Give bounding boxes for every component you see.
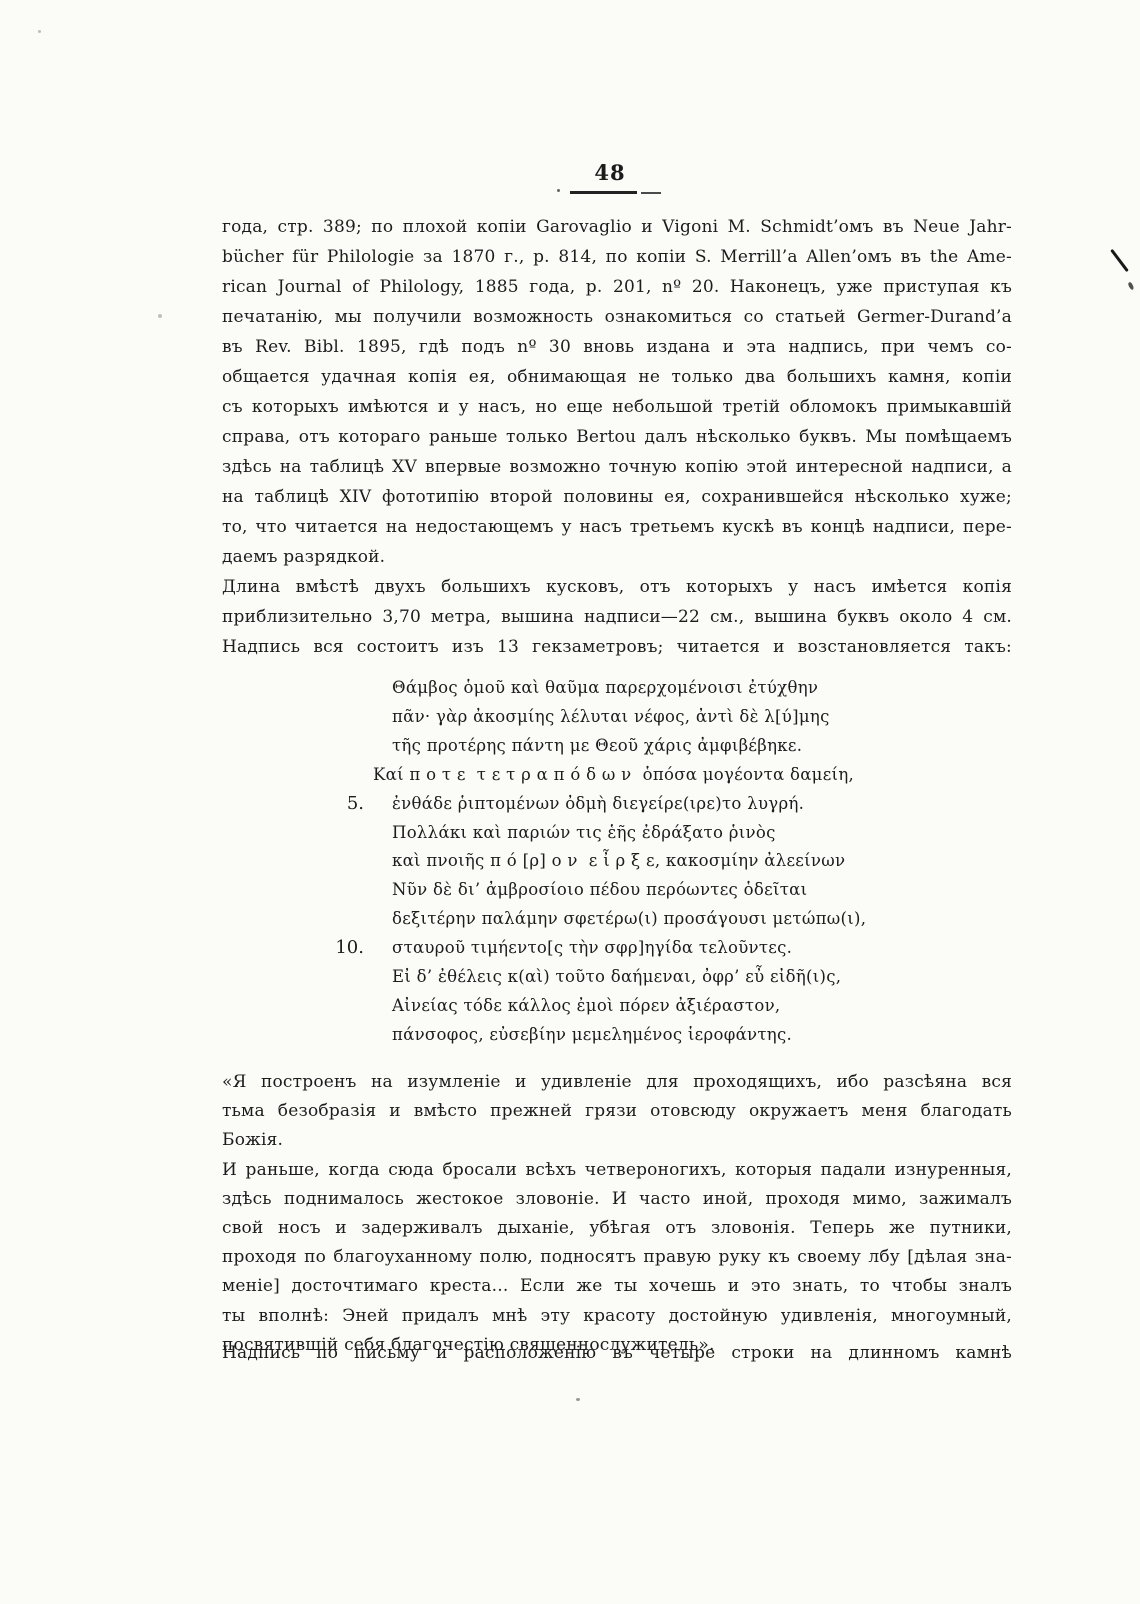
text-line: здѣсь на таблицѣ XV впервые возможно точ… (222, 452, 1012, 482)
page-number-rule-short (641, 192, 661, 194)
verse-text: Εἰ δ’ ἐθέλεις κ(αὶ) τοῦτο δαήμεναι, ὀφρ’… (392, 963, 841, 992)
verse-text: Αἰνείας τόδε κάλλος ἐμοὶ πόρεν ἀξιέραστο… (392, 992, 780, 1021)
verse-text: πᾶν· γὰρ ἀκοσμίης λέλυται νέφος, ἀντὶ δὲ… (392, 703, 830, 732)
text-line: проходя по благоуханному полю, подносятъ… (222, 1243, 1012, 1272)
verse-line: πᾶν· γὰρ ἀκοσμίης λέλυται νέφος, ἀντὶ δὲ… (320, 703, 960, 732)
verse-line: τῆς προτέρης πάντη με Θεοῦ χάρις ἀμφιβέβ… (320, 732, 960, 761)
paragraph-intro: Надпись вся состоитъ изъ 13 гекзаметровъ… (222, 632, 1012, 662)
ink-mark-diagonal (1110, 249, 1129, 272)
page-number-rule (570, 191, 637, 194)
scan-speck (557, 189, 560, 192)
text-line: даемъ разрядкой. (222, 542, 1012, 572)
text-line: то, что читается на недостающемъ у насъ … (222, 512, 1012, 542)
verse-line: Αἰνείας τόδε κάλλος ἐμοὶ πόρεν ἀξιέραστο… (320, 992, 960, 1021)
verse-text: ἐνθάδε ῥιπτομένων ὀδμὴ διεγείρε(ιρε)το λ… (392, 790, 804, 819)
verse-number: 10. (320, 934, 392, 963)
text-line: И раньше, когда сюда бросали всѣхъ четве… (222, 1156, 1012, 1185)
page-number: 48 (568, 160, 652, 185)
scan-speck (38, 30, 41, 33)
text-line: здѣсь поднималось жестокое зловоніе. И ч… (222, 1185, 1012, 1214)
verse-text: Πολλάκι καὶ παριών τις ἑῆς ἐδράξατο ῥινὸ… (392, 819, 776, 848)
verse-line: Καί π ο τ ε τ ε τ ρ α π ό δ ω ν ὁπόσα μο… (301, 761, 960, 790)
verse-text: τῆς προτέρης πάντη με Θεοῦ χάρις ἀμφιβέβ… (392, 732, 802, 761)
verse-line: Θάμβος ὁμοῦ καὶ θαῦμα παρερχομένοισι ἐτύ… (320, 674, 960, 703)
paragraph-dimensions: Длина вмѣстѣ двухъ большихъ кусковъ, отъ… (222, 572, 1012, 632)
verse-line: 5. ἐνθάδε ῥιπτομένων ὀδμὴ διεγείρε(ιρε)τ… (320, 790, 960, 819)
verse-number: 5. (320, 790, 392, 819)
scan-speck (576, 1398, 580, 1401)
greek-verse-block: Θάμβος ὁμοῦ καὶ θαῦμα παρερχομένοισι ἐτύ… (320, 674, 960, 1050)
paragraph-opening: года, стр. 389; по плохой копіи Garovagl… (222, 212, 1012, 572)
ink-mark-comma (1127, 282, 1135, 291)
text-line: Надпись по письму и расположенію въ четы… (222, 1338, 1012, 1368)
paragraph-translation: «Я построенъ на изумленіе и удивленіе дл… (222, 1068, 1012, 1360)
verse-text: Νῦν δὲ δι’ ἀμβροσίοιο πέδου περόωντες ὁδ… (392, 876, 807, 905)
text-line: печатанію, мы получили возможность ознак… (222, 302, 1012, 332)
text-line: тьма безобразія и вмѣсто прежней грязи о… (222, 1097, 1012, 1155)
verse-text: σταυροῦ τιμήεντο[ς τὴν σφρ]ηγίδα τελοῦντ… (392, 934, 792, 963)
text-line: ты вполнѣ: Эней придалъ мнѣ эту красоту … (222, 1302, 1012, 1331)
verse-line: πάνσοφος, εὐσεβίην μεμελημένος ἱεροφάντη… (320, 1021, 960, 1050)
text-line: Длина вмѣстѣ двухъ большихъ кусковъ, отъ… (222, 572, 1012, 602)
text-line: въ Rev. Bibl. 1895, гдѣ подъ nº 30 вновь… (222, 332, 1012, 362)
text-line: справа, отъ котораго раньше только Berto… (222, 422, 1012, 452)
scanned-book-page: 48 года, стр. 389; по плохой копіи Garov… (0, 0, 1140, 1604)
verse-line: δεξιτέρην παλάμην σφετέρω(ι) προσάγουσι … (320, 905, 960, 934)
verse-text: καὶ πνοιῆς π ό [ρ] ο ν ε ἶ ρ ξ ε, κακοσμ… (392, 847, 845, 876)
verse-text: Θάμβος ὁμοῦ καὶ θαῦμα παρερχομένοισι ἐτύ… (392, 674, 818, 703)
verse-line: Εἰ δ’ ἐθέλεις κ(αὶ) τοῦτο δαήμεναι, ὀφρ’… (320, 963, 960, 992)
text-line: свой носъ и задерживалъ дыханіе, убѣгая … (222, 1214, 1012, 1243)
scan-speck (158, 314, 162, 318)
text-line: приблизительно 3,70 метра, вышина надпис… (222, 602, 1012, 632)
text-line: bücher für Philologie за 1870 г., p. 814… (222, 242, 1012, 272)
verse-line: 10. σταυροῦ τιμήεντο[ς τὴν σφρ]ηγίδα τελ… (320, 934, 960, 963)
text-line: на таблицѣ XIV фототипію второй половины… (222, 482, 1012, 512)
verse-line: Νῦν δὲ δι’ ἀμβροσίοιο πέδου περόωντες ὁδ… (320, 876, 960, 905)
text-line: меніе] досточтимаго креста... Если же ты… (222, 1272, 1012, 1301)
text-line: общается удачная копія ея, обнимающая не… (222, 362, 1012, 392)
text-line: года, стр. 389; по плохой копіи Garovagl… (222, 212, 1012, 242)
text-line: Надпись вся состоитъ изъ 13 гекзаметровъ… (222, 632, 1012, 662)
paragraph-closing: Надпись по письму и расположенію въ четы… (222, 1338, 1012, 1368)
verse-text: πάνσοφος, εὐσεβίην μεμελημένος ἱεροφάντη… (392, 1021, 792, 1050)
text-line: съ которыхъ имѣются и у насъ, но еще неб… (222, 392, 1012, 422)
text-line: «Я построенъ на изумленіе и удивленіе дл… (222, 1068, 1012, 1097)
verse-text: Καί π ο τ ε τ ε τ ρ α π ό δ ω ν ὁπόσα μο… (373, 761, 854, 790)
verse-line: καὶ πνοιῆς π ό [ρ] ο ν ε ἶ ρ ξ ε, κακοσμ… (320, 847, 960, 876)
verse-line: Πολλάκι καὶ παριών τις ἑῆς ἐδράξατο ῥινὸ… (320, 819, 960, 848)
verse-text: δεξιτέρην παλάμην σφετέρω(ι) προσάγουσι … (392, 905, 866, 934)
text-line: rican Journal of Philology, 1885 года, p… (222, 272, 1012, 302)
